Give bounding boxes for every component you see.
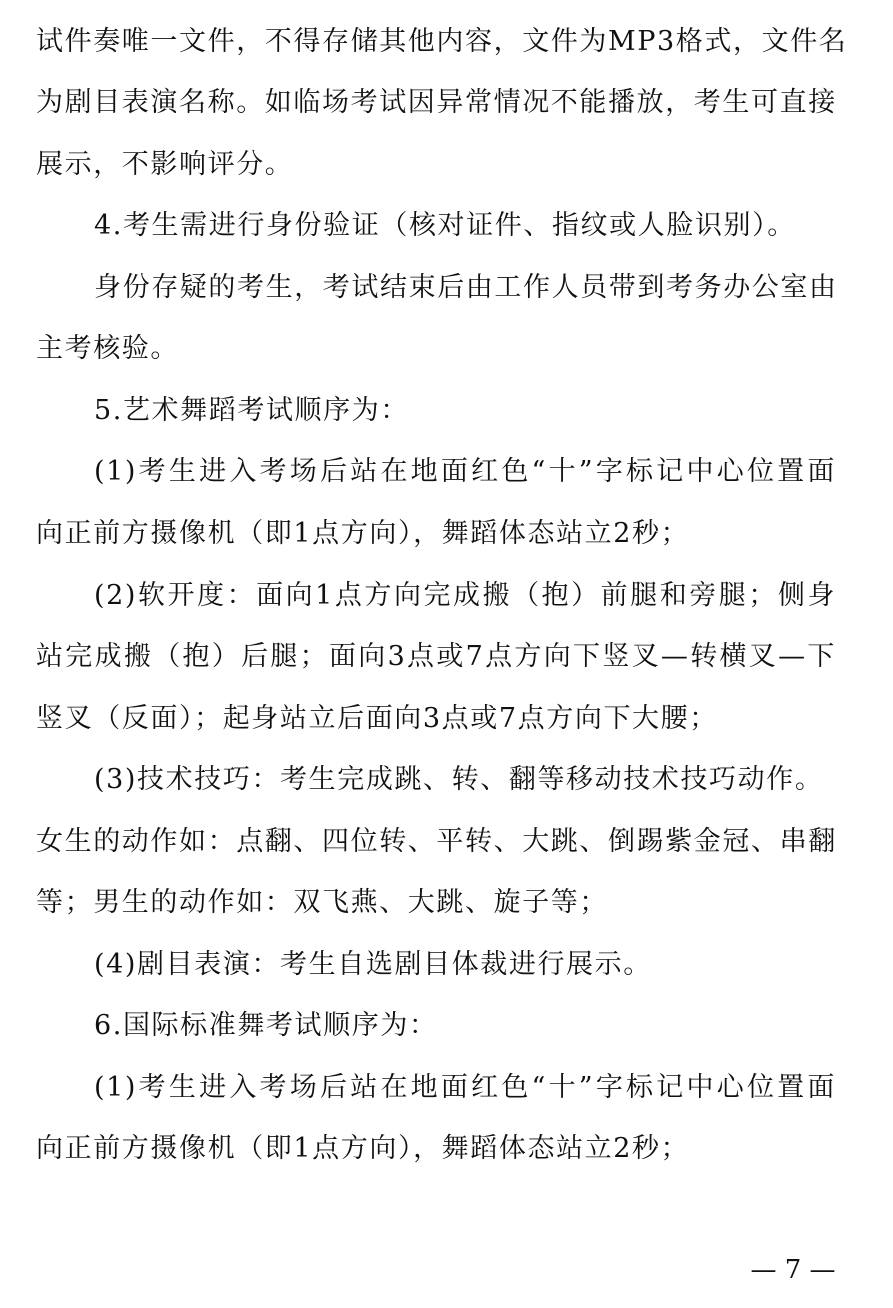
text-line: 竖叉（反面）；起身站立后面向3点或7点方向下大腰； bbox=[36, 699, 836, 739]
text-line: 4.考生需进行身份验证（核对证件、指纹或人脸识别）。 bbox=[94, 206, 836, 246]
text-line: 5.艺术舞蹈考试顺序为： bbox=[94, 391, 836, 431]
text-line: 向正前方摄像机（即1点方向），舞蹈体态站立2秒； bbox=[36, 514, 836, 554]
page-number: — 7 — bbox=[748, 1252, 838, 1288]
text-line: 女生的动作如：点翻、四位转、平转、大跳、倒踢紫金冠、串翻 bbox=[36, 822, 836, 862]
text-line: 等；男生的动作如：双飞燕、大跳、旋子等； bbox=[36, 883, 836, 923]
text-line: (3)技术技巧：考生完成跳、转、翻等移动技术技巧动作。 bbox=[94, 760, 836, 800]
text-line: 展示，不影响评分。 bbox=[36, 145, 836, 185]
text-line: 向正前方摄像机（即1点方向），舞蹈体态站立2秒； bbox=[36, 1129, 836, 1169]
text-line: 6.国际标准舞考试顺序为： bbox=[94, 1006, 836, 1046]
text-line: (4)剧目表演：考生自选剧目体裁进行展示。 bbox=[94, 945, 836, 985]
text-line: (1)考生进入考场后站在地面红色“十”字标记中心位置面 bbox=[94, 1068, 836, 1108]
document-page: 试件奏唯一文件，不得存储其他内容，文件为MP3格式，文件名为剧目表演名称。如临场… bbox=[0, 0, 893, 1308]
text-line: 身份存疑的考生，考试结束后由工作人员带到考务办公室由 bbox=[94, 268, 836, 308]
text-line: 主考核验。 bbox=[36, 329, 836, 369]
text-line: 站完成搬（抱）后腿；面向3点或7点方向下竖叉—转横叉—下 bbox=[36, 637, 836, 677]
text-line: (2)软开度：面向1点方向完成搬（抱）前腿和旁腿；侧身 bbox=[94, 576, 836, 616]
text-line: (1)考生进入考场后站在地面红色“十”字标记中心位置面 bbox=[94, 452, 836, 492]
text-line: 为剧目表演名称。如临场考试因异常情况不能播放，考生可直接 bbox=[36, 83, 836, 123]
text-line: 试件奏唯一文件，不得存储其他内容，文件为MP3格式，文件名 bbox=[36, 22, 836, 62]
